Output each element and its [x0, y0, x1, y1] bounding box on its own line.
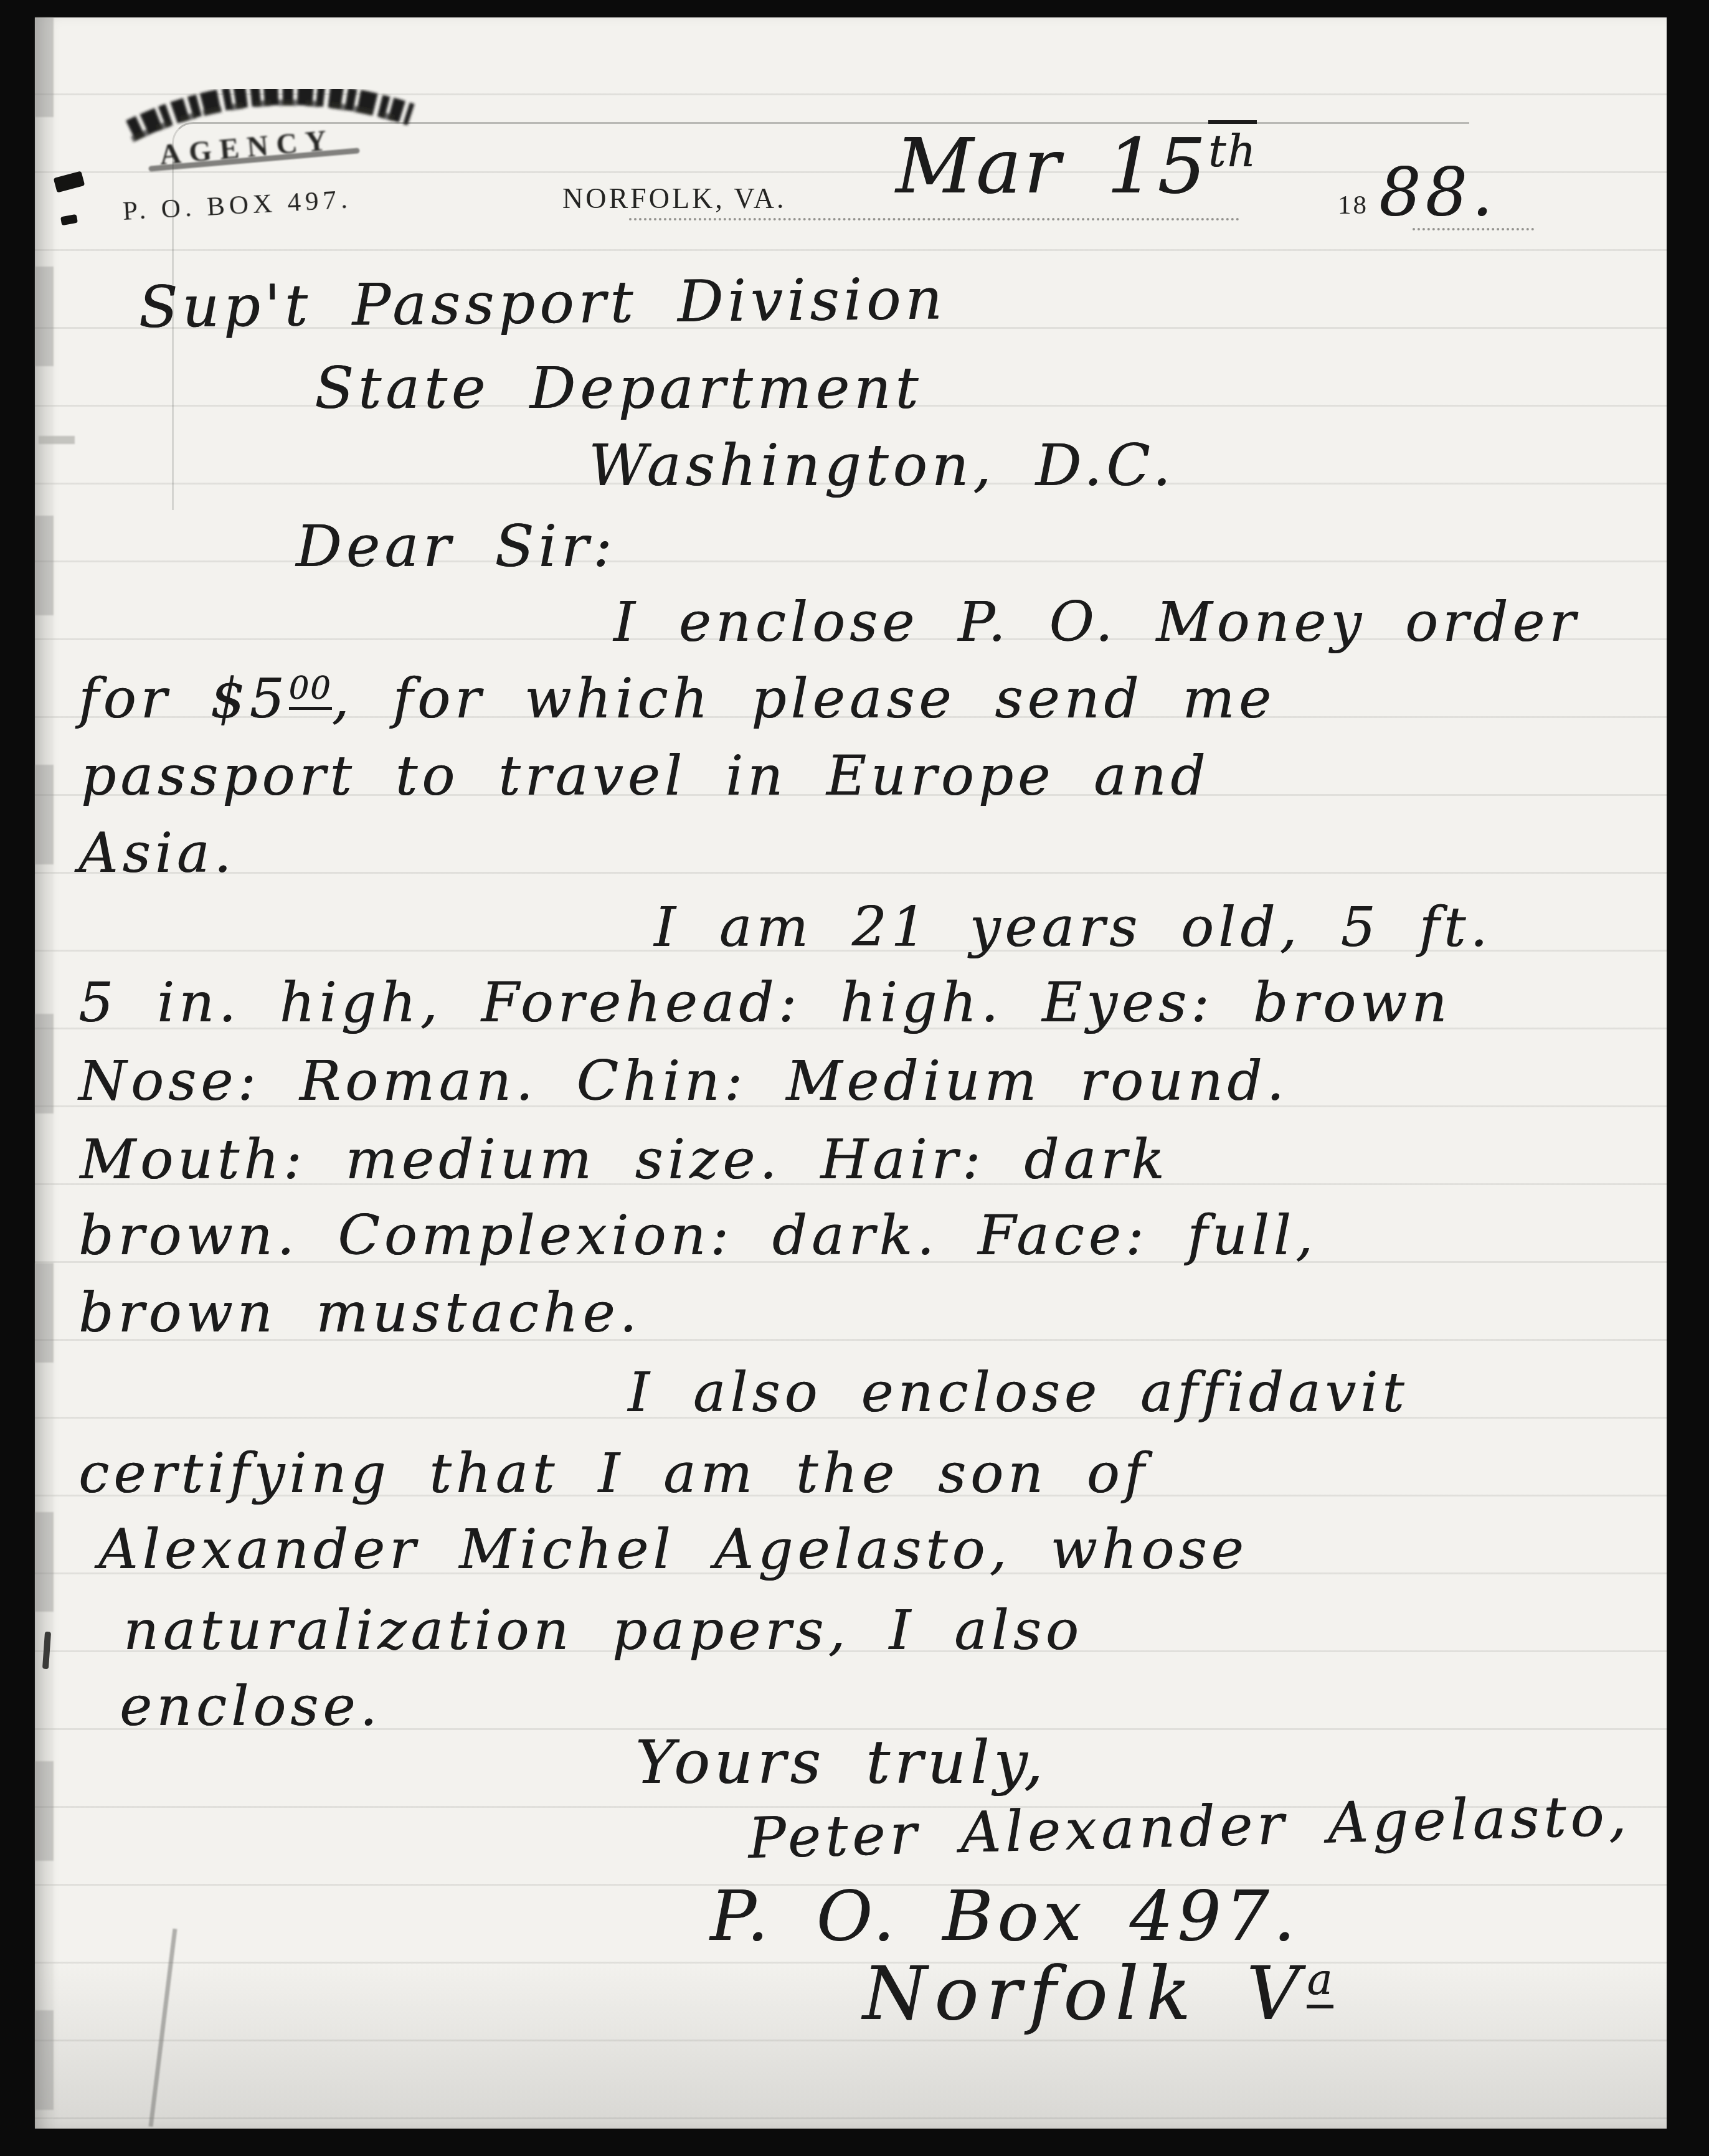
- amount-superscript: 00: [289, 670, 332, 710]
- closing-valediction: Yours truly,: [635, 1733, 1047, 1792]
- printed-year-prefix: 18: [1338, 192, 1368, 219]
- signature-po-box: P. O. Box 497.: [710, 1882, 1299, 1950]
- body-line: for $500, for which please send me: [78, 671, 1276, 726]
- body-line: naturalization papers, I also: [123, 1603, 1083, 1658]
- paper-torn-left-edge: [35, 17, 54, 2129]
- body-line: Mouth: medium size. Hair: dark: [80, 1132, 1168, 1187]
- date-year: 88.: [1379, 159, 1497, 225]
- recipient-line-1: Sup't Passport Division: [138, 270, 947, 336]
- date-day: Mar 15: [896, 122, 1208, 210]
- recipient-line-3: Washington, D.C.: [589, 437, 1175, 494]
- date-handwritten: Mar 15th: [896, 128, 1257, 204]
- body-line: certifying that I am the son of: [78, 1446, 1148, 1501]
- signature-city-superscript: a: [1307, 1955, 1333, 2008]
- paper-edge-tear-mark: [39, 436, 75, 444]
- letterhead-place: NORFOLK, VA.: [562, 184, 786, 213]
- body-line: passport to travel in Europe and: [81, 749, 1210, 803]
- body-line: brown mustache.: [78, 1285, 641, 1340]
- year-dotted-rule: [1413, 228, 1534, 230]
- body-line: enclose.: [120, 1679, 381, 1734]
- salutation: Dear Sir:: [296, 518, 617, 575]
- body-line: I also enclose affidavit: [628, 1365, 1409, 1420]
- body-line: I am 21 years old, 5 ft.: [654, 900, 1492, 955]
- date-dotted-rule: [629, 218, 1239, 220]
- body-line: Nose: Roman. Chin: Medium round.: [78, 1054, 1289, 1109]
- date-ordinal: th: [1208, 120, 1257, 177]
- body-line: Alexander Michel Agelasto, whose: [98, 1522, 1248, 1577]
- body-line: 5 in. high, Forehead: high. Eyes: brown: [78, 975, 1451, 1030]
- signature-city: Norfolk Va: [863, 1957, 1333, 2030]
- scan-frame-right: [1668, 0, 1709, 2156]
- signature-city-pre: Norfolk V: [863, 1950, 1307, 2036]
- body-line: Asia.: [78, 826, 235, 881]
- scanned-letter-page: AGENCY P. O. BOX 497. NORFOLK, VA. Mar 1…: [0, 0, 1709, 2156]
- recipient-line-2: State Department: [315, 360, 922, 417]
- body-line: brown. Complexion: dark. Face: full,: [78, 1208, 1317, 1263]
- body-line-segment: , for which please send me: [332, 666, 1276, 730]
- scan-frame-bottom: [0, 2129, 1709, 2156]
- body-line: I enclose P. O. Money order: [613, 595, 1579, 650]
- body-line-segment: for $5: [78, 666, 289, 730]
